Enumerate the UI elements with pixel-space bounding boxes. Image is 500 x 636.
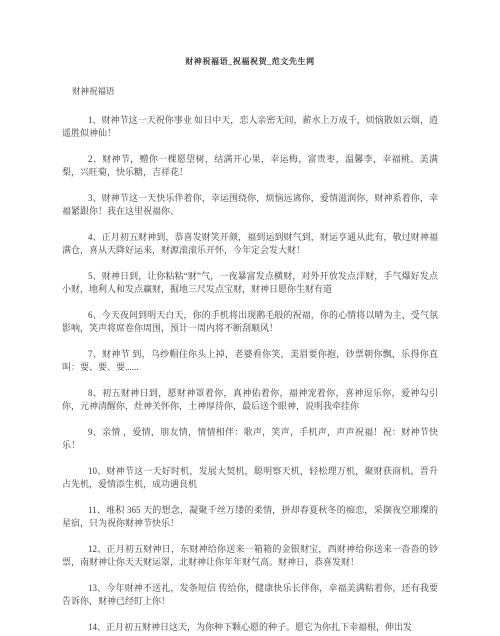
list-item: 13、今年财神不送礼，发条短信 传给你，健康快乐长伴你，幸福美满粘着你，还有我要… <box>62 582 438 608</box>
list-item: 2、财神节，赠你一棵愿望树，结满开心果，幸运梅，富贵枣，温馨李，幸福桃、美满梨，… <box>62 153 438 179</box>
list-item: 7、财神节 到，乌纱帽住你头上掉，老婆看你笑，美眉要你抱，钞票朝你飘，乐得你直叫… <box>62 348 438 374</box>
list-item: 12、正月初五财神日，东财神给你送来一箱箱的金银财宝，西财神给你送来一沓沓的钞票… <box>62 543 438 569</box>
list-item: 10、财神节这一天好时机，发展大契机，聪明察天机，轻松理万机，聚财获商机，晋升占… <box>62 465 438 491</box>
list-item: 4、正月初五财神到，恭喜发财笑开颜，福到运到财气到，财运亨通从此有，敬过财神福满… <box>62 231 438 257</box>
list-item: 9、亲情 ，爱情，朋友情，情情相伴：歌声，笑声，手机声，声声祝福！祝：财神节快乐… <box>62 426 438 452</box>
blessing-list: 1、财神节这一天祝你事业 如日中天，恋人亲密无间，薪水上万成千，烦恼散如云烟，逍… <box>62 114 438 634</box>
list-item: 3、财神节这一天快乐伴着你，幸运围绕你，烦恼远离你，爱情滋润你，财神系着你，幸福… <box>62 192 438 218</box>
page-title: 财神祝福语_祝福祝贺_范文先生网 <box>0 0 500 67</box>
list-item: 11、堆积 365 天的想念，凝聚千丝万缕的柔情，拼却春夏秋冬的痴恋，采撷夜空璀… <box>62 504 438 530</box>
list-item: 5、财神日到，让你粘粘“财”气，一夜暴富发点横财，对外开放发点洋财，手气爆好发点… <box>62 270 438 296</box>
list-item: 6、今天夜间到明天白天，你的手机将出现鹅毛般的祝福，你的心情将以晴为主，受气氛影… <box>62 309 438 335</box>
document-page: 财神祝福语_祝福祝贺_范文先生网 财神祝福语 1、财神节这一天祝你事业 如日中天… <box>0 0 500 636</box>
list-item: 14、正月初五财神日这天，为你种下颗心愿的种子。愿它为你扎下幸福根，伸出发 <box>62 621 438 634</box>
list-item: 8、初五财神日到，愿财神罩着你，真神佑着你，福神宠着你，喜神逗乐你，爱神勾引你，… <box>62 387 438 413</box>
section-heading: 财神祝福语 <box>72 86 500 96</box>
list-item: 1、财神节这一天祝你事业 如日中天，恋人亲密无间，薪水上万成千，烦恼散如云烟，逍… <box>62 114 438 140</box>
